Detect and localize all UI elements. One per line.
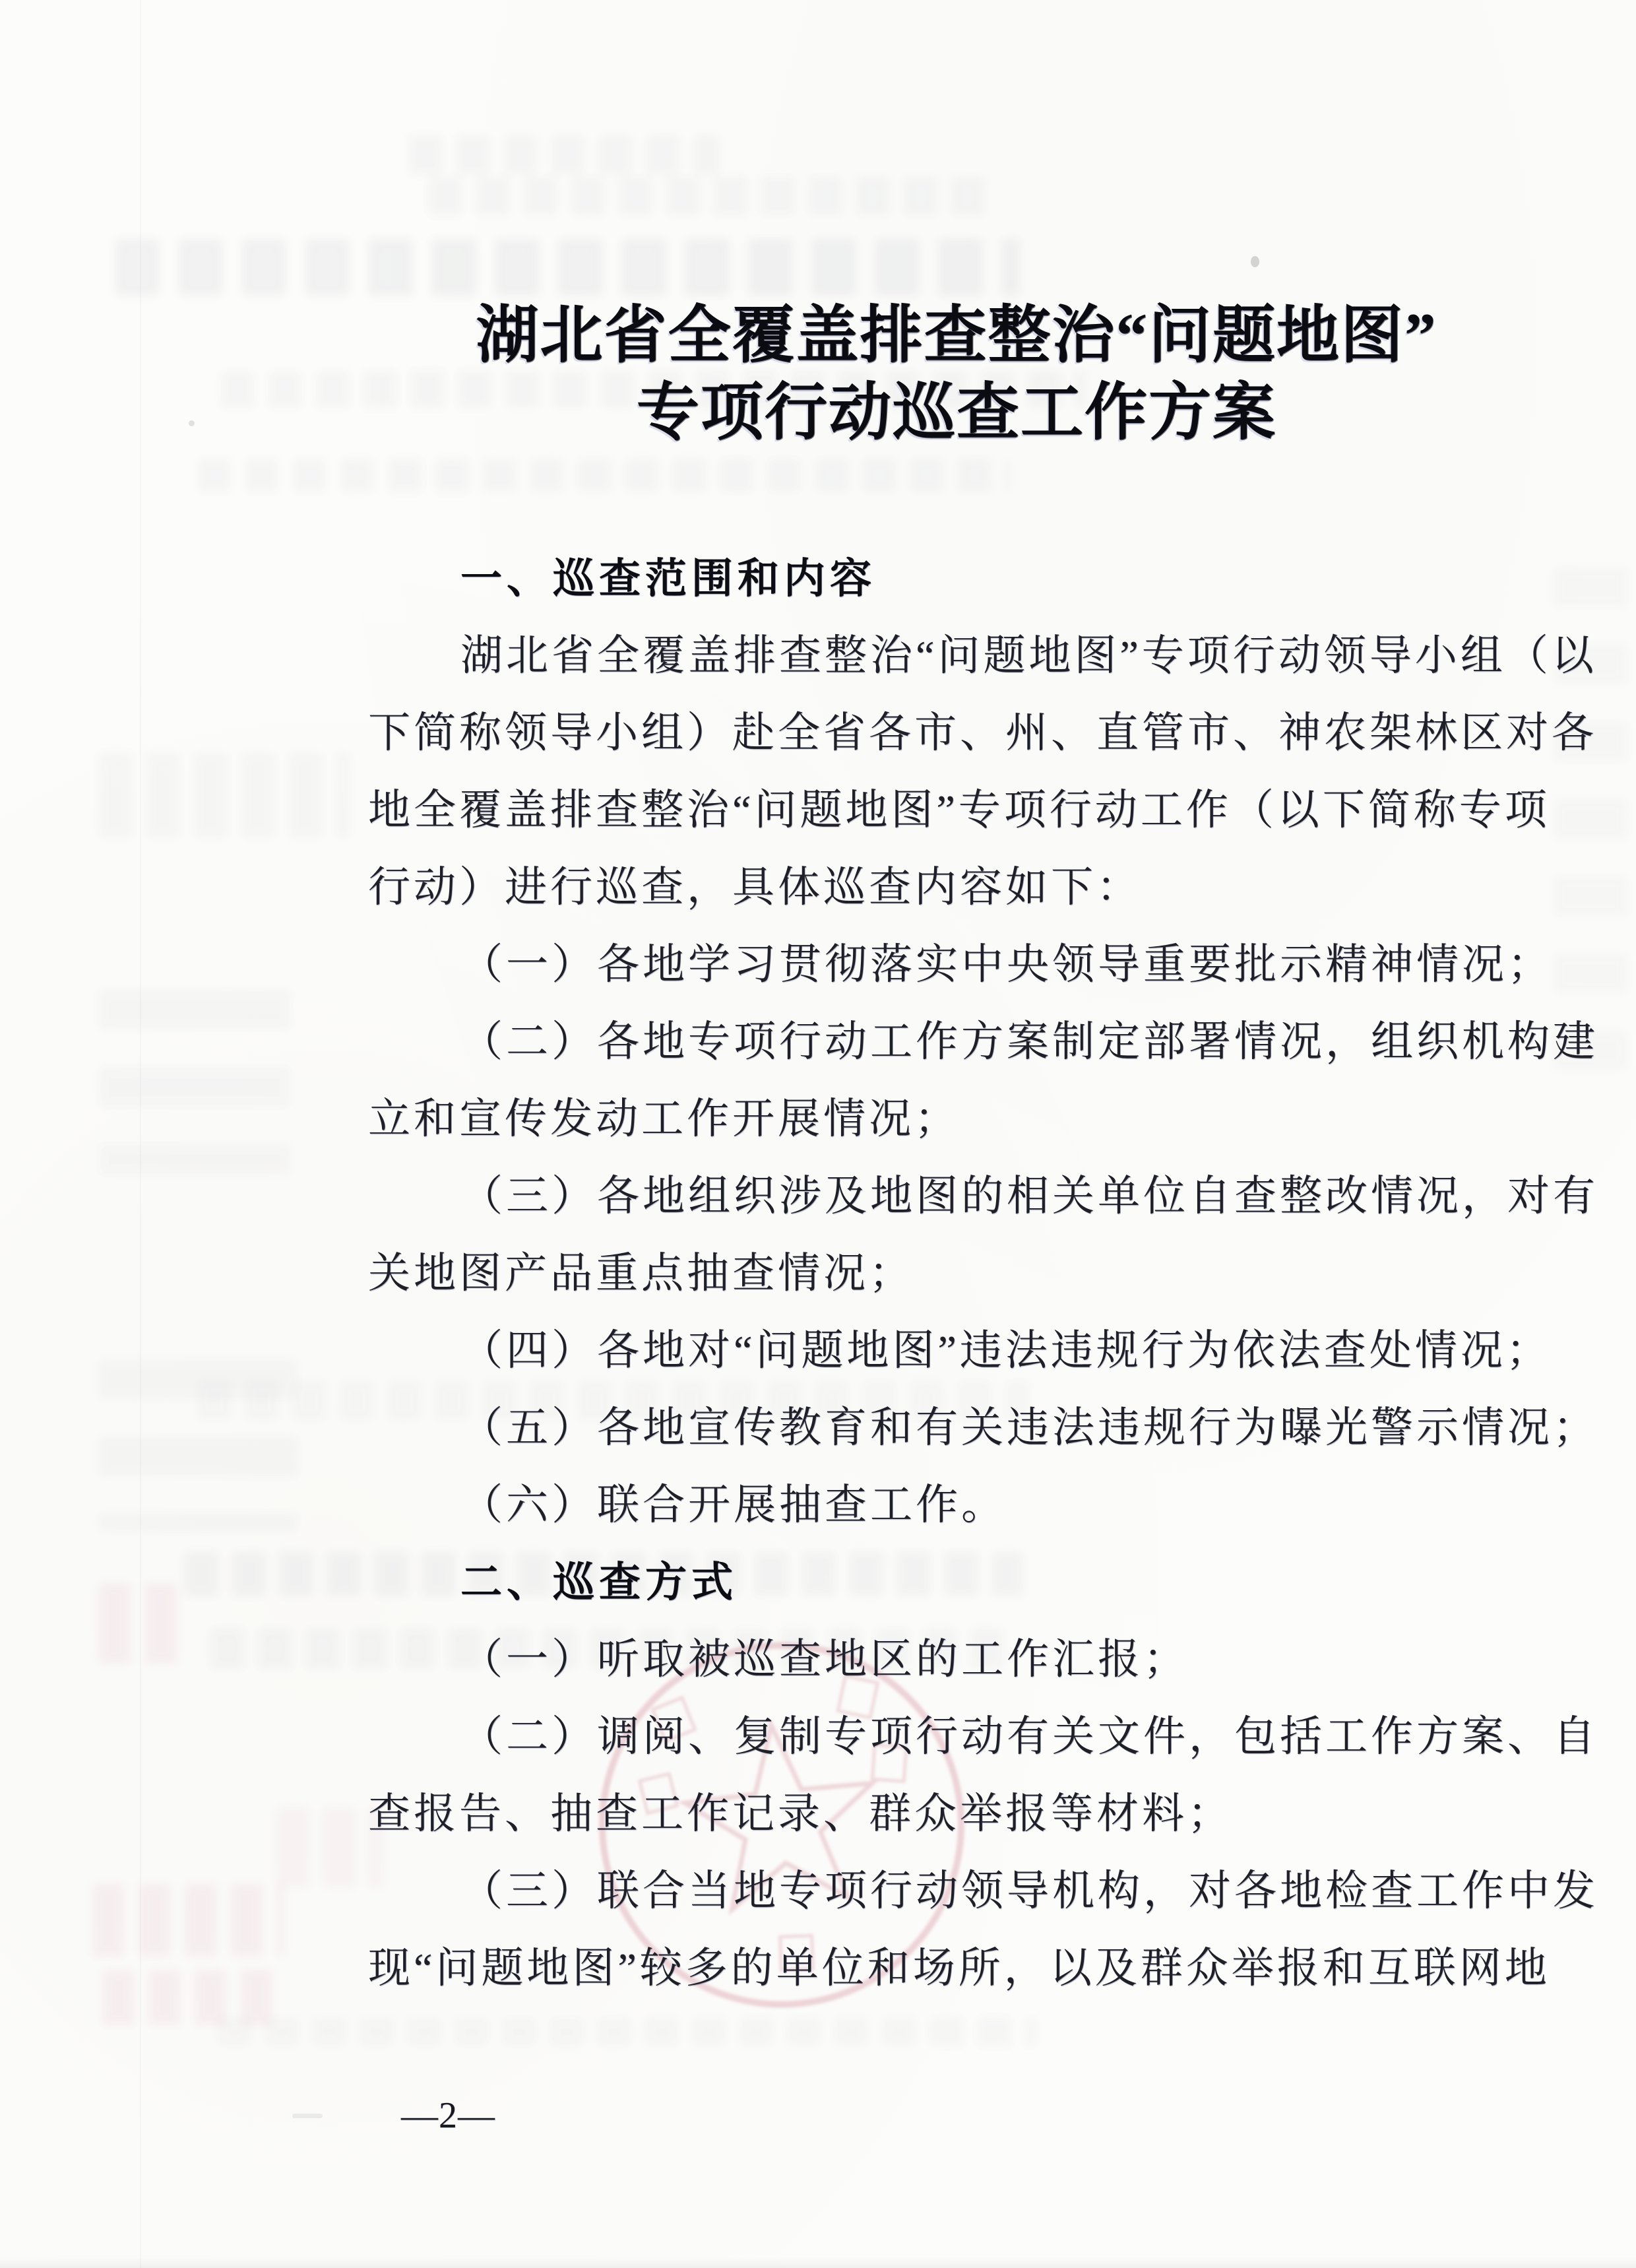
text-line: 行动）进行巡查，具体巡查内容如下：: [368, 849, 1559, 926]
page-edge-shadow: [0, 2257, 1636, 2268]
document-title: 湖北省全覆盖排查整治“问题地图” 专项行动巡查工作方案: [366, 297, 1547, 451]
text-line: 关地图产品重点抽查情况；: [368, 1235, 1559, 1312]
ink-speck: [292, 2114, 323, 2118]
text-line: 地全覆盖排查整治“问题地图”专项行动工作（以下简称专项: [368, 771, 1559, 849]
text-line: （一）各地学习贯彻落实中央领导重要批示精神情况；: [368, 926, 1559, 1003]
bleedthrough-smudge: [115, 239, 1019, 296]
text-line: （六）联合开展抽查工作。: [368, 1466, 1559, 1543]
document-title-line: 湖北省全覆盖排查整治“问题地图”: [366, 297, 1547, 374]
bleedthrough-smudge: [92, 1884, 284, 1957]
bleedthrough-smudge: [99, 990, 290, 1175]
bleedthrough-smudge: [409, 135, 719, 175]
text-line: （五）各地宣传教育和有关违法违规行为曝光警示情况；: [368, 1389, 1559, 1466]
bleedthrough-smudge: [102, 1970, 274, 2026]
text-line: 立和宣传发动工作开展情况；: [368, 1080, 1559, 1157]
text-line: （二）调阅、复制专项行动有关文件，包括工作方案、自: [368, 1698, 1559, 1775]
bleedthrough-smudge: [198, 459, 1009, 492]
bleedthrough-smudge: [218, 2018, 1036, 2046]
section-heading: 一、巡查范围和内容: [368, 540, 1559, 617]
ink-speck: [1251, 256, 1259, 267]
bleedthrough-smudge: [429, 177, 990, 215]
ink-speck: [189, 420, 195, 426]
scanner-artifact-line: [140, 0, 141, 2268]
text-line: 现“问题地图”较多的单位和场所，以及群众举报和互联网地: [368, 1929, 1559, 2007]
page-number: —2—: [401, 2096, 495, 2135]
text-line: （二）各地专项行动工作方案制定部署情况，组织机构建: [368, 1003, 1559, 1080]
text-line: 查报告、抽查工作记录、群众举报等材料；: [368, 1775, 1559, 1852]
text-line: 下简称领导小组）赴全省各市、州、直管市、神农架林区对各: [368, 694, 1559, 771]
text-line: （一）听取被巡查地区的工作汇报；: [368, 1621, 1559, 1698]
document-title-line: 专项行动巡查工作方案: [366, 374, 1547, 451]
text-line: （三）联合当地专项行动领导机构，对各地检查工作中发: [368, 1852, 1559, 1929]
text-line: 湖北省全覆盖排查整治“问题地图”专项行动领导小组（以: [368, 617, 1559, 694]
bleedthrough-smudge: [99, 752, 350, 838]
text-line: （三）各地组织涉及地图的相关单位自查整改情况，对有: [368, 1157, 1559, 1235]
section-heading: 二、巡查方式: [368, 1543, 1559, 1621]
bleedthrough-smudge: [99, 1584, 185, 1663]
bleedthrough-smudge: [99, 1359, 297, 1531]
scanned-document-page: 湖北省全覆盖排查整治“问题地图” 专项行动巡查工作方案 一、巡查范围和内容湖北省…: [0, 0, 1636, 2268]
bleedthrough-smudge: [277, 1808, 383, 1887]
document-body: 一、巡查范围和内容湖北省全覆盖排查整治“问题地图”专项行动领导小组（以下简称领导…: [368, 540, 1559, 2007]
text-line: （四）各地对“问题地图”违法违规行为依法查处情况；: [368, 1312, 1559, 1389]
